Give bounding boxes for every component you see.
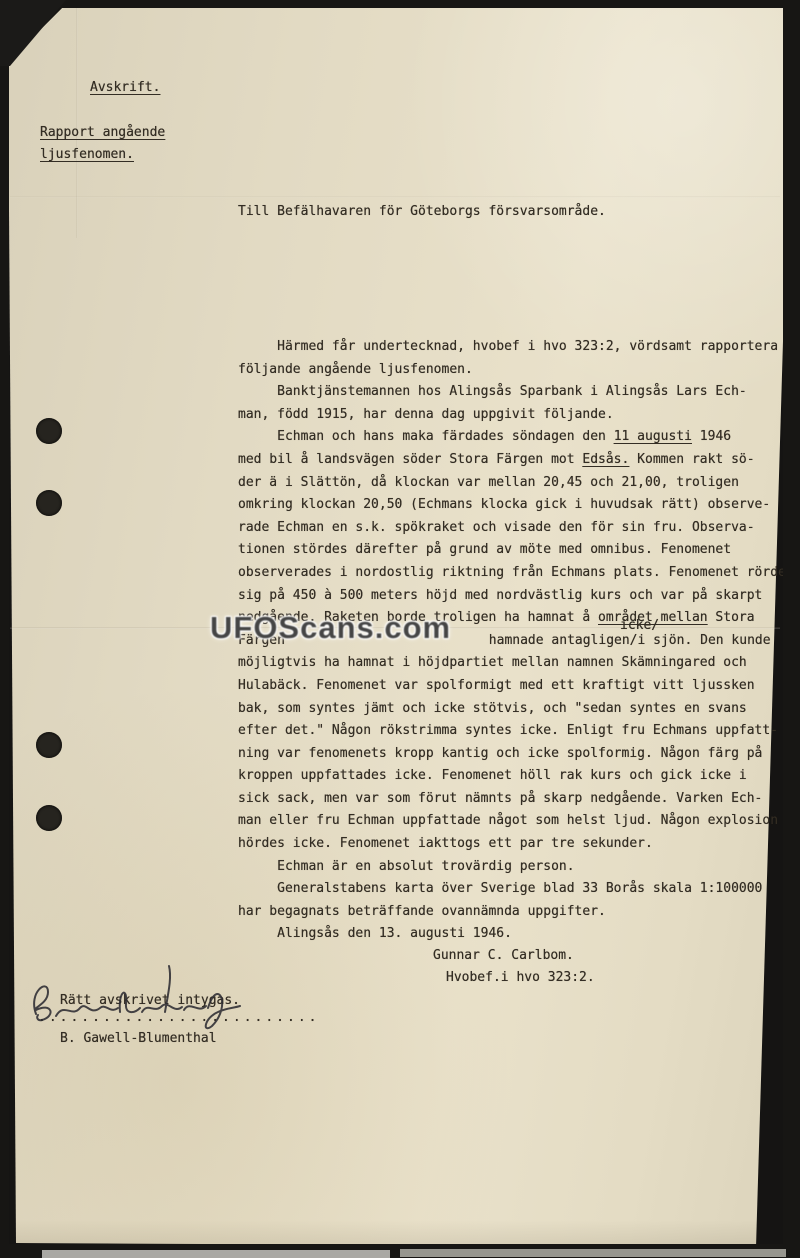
signatory-name: Gunnar C. Carlbom. bbox=[433, 948, 574, 963]
typewritten-line: efter det." Någon rökstrimma syntes icke… bbox=[238, 720, 794, 743]
punch-hole bbox=[36, 805, 62, 831]
typewritten-line: ning var fenomenets kropp kantig och ick… bbox=[238, 743, 794, 766]
typewritten-line: Härmed får undertecknad, hvobef i hvo 32… bbox=[238, 336, 794, 359]
scan-border-left bbox=[0, 0, 9, 1258]
typewritten-line: omkring klockan 20,50 (Echmans klocka gi… bbox=[238, 494, 794, 517]
typewritten-line: Banktjänstemannen hos Alingsås Sparbank … bbox=[238, 381, 794, 404]
underlying-page-edge bbox=[42, 1250, 390, 1258]
typewritten-line: Hulabäck. Fenomenet var spolformigt med … bbox=[238, 675, 794, 698]
typewritten-line: med bil å landsvägen söder Stora Färgen … bbox=[238, 449, 794, 472]
typewritten-line: man eller fru Echman uppfattade något so… bbox=[238, 810, 794, 833]
punch-hole bbox=[36, 732, 62, 758]
typewritten-line: har begagnats beträffande ovannämnda upp… bbox=[238, 901, 794, 924]
typewritten-line: hördes icke. Fenomenet iakttogs ett par … bbox=[238, 833, 794, 856]
typewritten-line: bak, som syntes jämt och icke stötvis, o… bbox=[238, 698, 794, 721]
watermark: UFOScans.com bbox=[210, 610, 451, 646]
scan-border-top bbox=[0, 0, 800, 8]
typewritten-line: der ä i Slättön, då klockan var mellan 2… bbox=[238, 472, 794, 495]
fold-crease bbox=[76, 8, 78, 238]
signatory-title: Hvobef.i hvo 323:2. bbox=[446, 970, 595, 985]
handwritten-signature bbox=[22, 962, 262, 1042]
typed-insertion-icke: icke/ bbox=[620, 618, 659, 633]
fold-crease bbox=[10, 196, 780, 198]
typewritten-line: möjligtvis ha hamnat i höjdpartiet mella… bbox=[238, 652, 794, 675]
typewritten-line: tionen stördes därefter på grund av möte… bbox=[238, 539, 794, 562]
scanned-document-page: Avskrift. Rapport angående ljusfenomen. … bbox=[0, 0, 800, 1258]
recipient-line: Till Befälhavaren för Göteborgs försvars… bbox=[238, 204, 606, 219]
typewritten-line: Generalstabens karta över Sverige blad 3… bbox=[238, 878, 794, 901]
punch-hole bbox=[36, 418, 62, 444]
copy-label: Avskrift. bbox=[90, 80, 160, 95]
typewritten-line: följande angående ljusfenomen. bbox=[238, 359, 794, 382]
typewritten-line: Echman och hans maka färdades söndagen d… bbox=[238, 426, 794, 449]
typewritten-line: sig på 450 à 500 meters höjd med nordväs… bbox=[238, 585, 794, 608]
typewritten-line: rade Echman en s.k. spökraket och visade… bbox=[238, 517, 794, 540]
typewritten-line: observerades i nordostlig riktning från … bbox=[238, 562, 794, 585]
punch-hole bbox=[36, 490, 62, 516]
typewritten-line: Alingsås den 13. augusti 1946. bbox=[238, 923, 794, 946]
subject-line-1: Rapport angående bbox=[40, 125, 165, 140]
typewritten-line: man, född 1915, har denna dag uppgivit f… bbox=[238, 404, 794, 427]
typewritten-line: kroppen uppfattades icke. Fenomenet höll… bbox=[238, 765, 794, 788]
underlying-page-edge bbox=[400, 1249, 786, 1257]
typewritten-line: Echman är en absolut trovärdig person. bbox=[238, 856, 794, 879]
typewritten-line: sick sack, men var som förut nämnts på s… bbox=[238, 788, 794, 811]
subject-line-2: ljusfenomen. bbox=[40, 147, 134, 162]
scan-border-right bbox=[783, 0, 800, 1258]
